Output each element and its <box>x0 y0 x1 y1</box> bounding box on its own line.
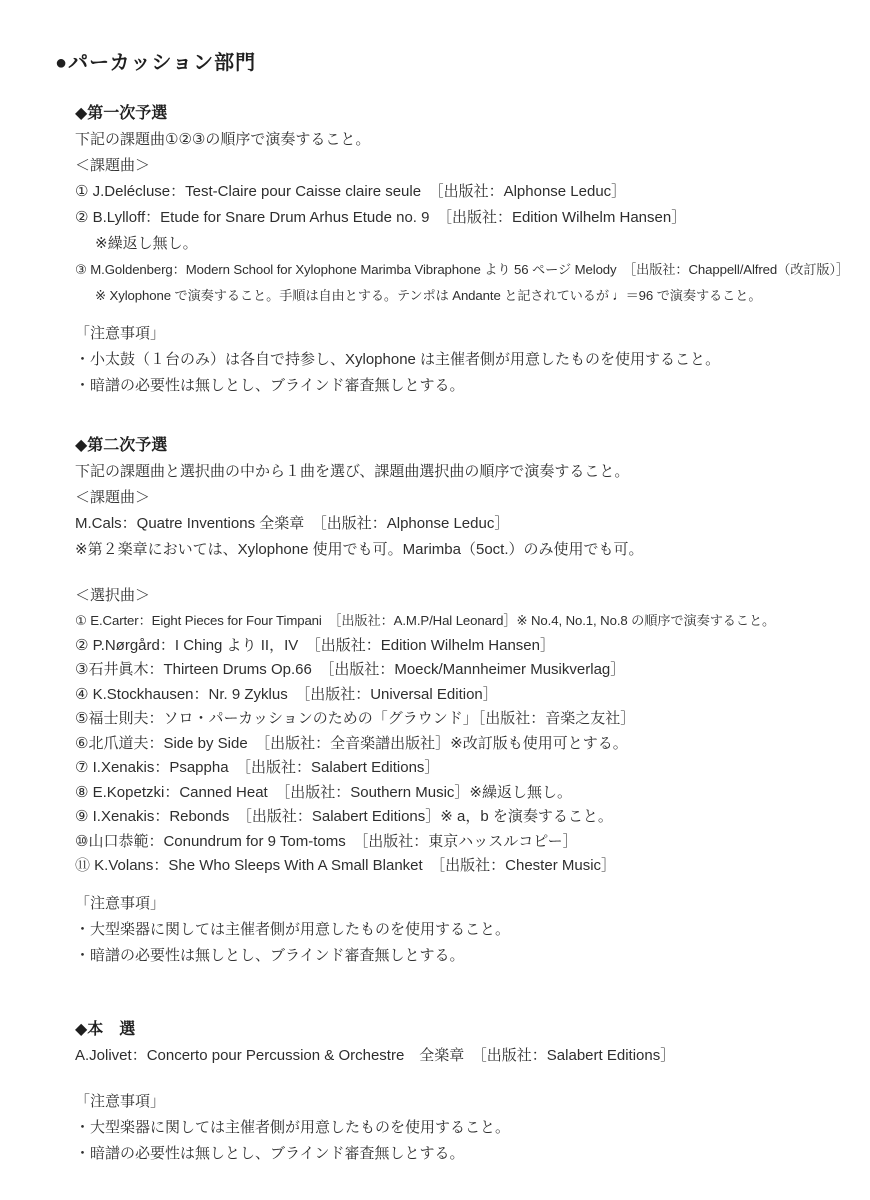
choice-item: ② P.Nørgård：I Ching より II，IV ［出版社：Editio… <box>75 634 870 659</box>
choice-item: ⑪ K.Volans：She Who Sleeps With A Small B… <box>75 854 870 879</box>
choice-item: ⑦ I.Xenakis：Psappha ［出版社：Salabert Editio… <box>75 756 870 781</box>
notes-heading: 「注意事項」 <box>75 1089 870 1115</box>
choice-piece-label: ＜選択曲＞ <box>75 583 870 609</box>
second-round-heading: ◆第二次予選 <box>75 433 870 459</box>
note-item: ・大型楽器に関しては主催者側が用意したものを使用すること。 <box>75 1115 870 1141</box>
first-round-instruction: 下記の課題曲①②③の順序で演奏すること。 <box>75 127 870 153</box>
choice-item: ⑤福士則夫：ソロ・パーカッションのための「グラウンド」［出版社：音楽之友社］ <box>75 707 870 732</box>
notes-heading: 「注意事項」 <box>75 891 870 917</box>
notes-heading: 「注意事項」 <box>75 321 870 347</box>
second-round-instruction: 下記の課題曲と選択曲の中から１曲を選び、課題曲選択曲の順序で演奏すること。 <box>75 459 870 485</box>
piece-item: ① J.Delécluse：Test-Claire pour Caisse cl… <box>75 179 870 205</box>
document-title: ●パーカッション部門 <box>55 46 870 75</box>
choice-item: ⑩山口恭範：Conundrum for 9 Tom-toms ［出版社：東京ハッ… <box>75 830 870 855</box>
note-item: ・暗譜の必要性は無しとし、ブラインド審査無しとする。 <box>75 373 870 399</box>
piece-item: ③ M.Goldenberg：Modern School for Xylopho… <box>75 257 870 283</box>
choice-item: ⑧ E.Kopetzki：Canned Heat ［出版社：Southern M… <box>75 781 870 806</box>
set-piece-label: ＜課題曲＞ <box>75 485 870 511</box>
choice-item: ④ K.Stockhausen：Nr. 9 Zyklus ［出版社：Univer… <box>75 683 870 708</box>
choice-item: ⑥北爪道夫：Side by Side ［出版社：全音楽譜出版社］※改訂版も使用可… <box>75 732 870 757</box>
note-item: ・大型楽器に関しては主催者側が用意したものを使用すること。 <box>75 917 870 943</box>
first-round-heading: ◆第一次予選 <box>75 101 870 127</box>
section-second-round: ◆第二次予選 下記の課題曲と選択曲の中から１曲を選び、課題曲選択曲の順序で演奏す… <box>75 399 870 969</box>
section-final-round: ◆本 選 A.Jolivet：Concerto pour Percussion … <box>75 969 870 1167</box>
piece-item: M.Cals：Quatre Inventions 全楽章 ［出版社：Alphon… <box>75 511 870 537</box>
note-item: ・暗譜の必要性は無しとし、ブラインド審査無しとする。 <box>75 1141 870 1167</box>
document-page: ●パーカッション部門 ◆第一次予選 下記の課題曲①②③の順序で演奏すること。 ＜… <box>0 0 870 1200</box>
choice-list: ① E.Carter：Eight Pieces for Four Timpani… <box>75 609 870 879</box>
note-item: ・小太鼓（１台のみ）は各自で持参し、Xylophone は主催者側が用意したもの… <box>75 347 870 373</box>
choice-item: ③石井眞木：Thirteen Drums Op.66 ［出版社：Moeck/Ma… <box>75 658 870 683</box>
note-item: ・暗譜の必要性は無しとし、ブラインド審査無しとする。 <box>75 943 870 969</box>
final-piece: A.Jolivet：Concerto pour Percussion & Orc… <box>75 1043 870 1069</box>
section-first-round: ◆第一次予選 下記の課題曲①②③の順序で演奏すること。 ＜課題曲＞ ① J.De… <box>75 101 870 399</box>
piece-note: ※ Xylophone で演奏すること。手順は自由とする。テンポは Andant… <box>75 283 870 309</box>
choice-item: ① E.Carter：Eight Pieces for Four Timpani… <box>75 609 870 634</box>
piece-item: ② B.Lylloff：Etude for Snare Drum Arhus E… <box>75 205 870 231</box>
document-content: ●パーカッション部門 ◆第一次予選 下記の課題曲①②③の順序で演奏すること。 ＜… <box>0 0 870 1167</box>
piece-note: ※繰返し無し。 <box>75 231 870 257</box>
set-piece-label: ＜課題曲＞ <box>75 153 870 179</box>
piece-note: ※第２楽章においては、Xylophone 使用でも可。Marimba（5oct.… <box>75 537 870 563</box>
final-round-heading: ◆本 選 <box>75 1017 870 1043</box>
choice-item: ⑨ I.Xenakis：Rebonds ［出版社：Salabert Editio… <box>75 805 870 830</box>
